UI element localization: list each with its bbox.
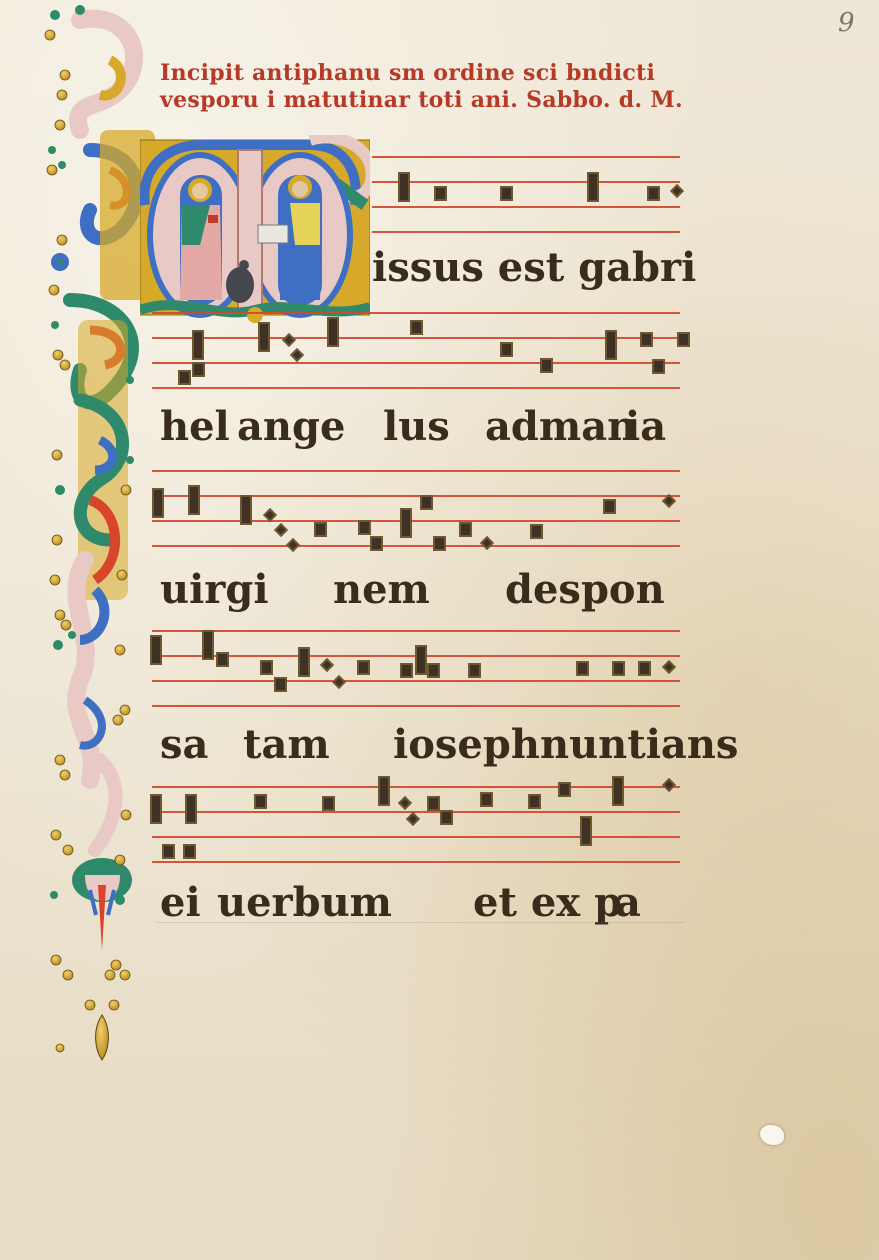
- neume: [558, 782, 571, 797]
- neume: [612, 776, 624, 806]
- neume: [357, 660, 370, 675]
- lyric-syllable: lus: [383, 402, 450, 452]
- neume: [398, 796, 412, 810]
- neume: [647, 186, 660, 201]
- neume: [378, 776, 390, 806]
- neume: [150, 635, 162, 665]
- folio-number: 9: [838, 8, 855, 38]
- neume: [327, 317, 339, 347]
- neume: [662, 660, 676, 674]
- neume: [480, 792, 493, 807]
- music-staff-3: [152, 470, 680, 548]
- music-staff-4: [152, 630, 680, 708]
- neume: [406, 812, 420, 826]
- lyric-syllable: issus est gabri: [372, 243, 696, 293]
- lyric-syllable: sa: [160, 720, 208, 770]
- neume: [400, 663, 413, 678]
- rubric-line-1: Incipit antiphanu sm ordine sci bndicti: [160, 60, 700, 87]
- manuscript-leaf: 9 Incipit antiphanu sm ordine sci bndict…: [0, 0, 879, 1260]
- neume: [420, 495, 433, 510]
- neume: [358, 520, 371, 535]
- neume: [500, 186, 513, 201]
- lyric-line-2: hel ange lus adman ia: [155, 402, 690, 452]
- neume: [192, 330, 204, 360]
- neume: [640, 332, 653, 347]
- neume: [192, 362, 205, 377]
- lyric-syllable: ei: [160, 878, 201, 928]
- neume: [290, 348, 304, 362]
- neume: [662, 778, 676, 792]
- neume: [183, 844, 196, 859]
- lyric-syllable: adman: [485, 402, 636, 452]
- neume: [677, 332, 690, 347]
- lyric-syllable: uirgi: [160, 565, 269, 615]
- neume: [427, 663, 440, 678]
- neume: [612, 661, 625, 676]
- neume: [415, 645, 427, 675]
- neume: [178, 370, 191, 385]
- neume: [216, 652, 229, 667]
- neume: [605, 330, 617, 360]
- neume: [433, 536, 446, 551]
- neume: [398, 172, 410, 202]
- music-staff-1: [372, 156, 680, 234]
- neume: [468, 663, 481, 678]
- lyric-syllable: ange: [237, 402, 345, 452]
- neume: [274, 523, 288, 537]
- lyric-syllable: nem: [333, 565, 430, 615]
- neume: [480, 536, 494, 550]
- parchment-hole: [760, 1125, 784, 1145]
- neume: [434, 186, 447, 201]
- neume: [260, 660, 273, 675]
- rubric-line-2: vesporu i matutinar toti ani. Sabbo. d. …: [160, 87, 700, 114]
- neume: [427, 796, 440, 811]
- neume: [670, 184, 684, 198]
- lyric-line-3: uirgi nem despon: [155, 565, 690, 615]
- neume: [440, 810, 453, 825]
- lyric-syllable: tam: [243, 720, 330, 770]
- neume: [370, 536, 383, 551]
- music-staff-2: [152, 312, 680, 390]
- neume: [580, 816, 592, 846]
- neume: [540, 358, 553, 373]
- neume: [202, 630, 214, 660]
- neume: [603, 499, 616, 514]
- neume: [188, 485, 200, 515]
- neume: [320, 658, 334, 672]
- lyric-syllable: nuntians: [540, 720, 738, 770]
- neume: [332, 675, 346, 689]
- neume: [638, 661, 651, 676]
- music-staff-5: [152, 786, 680, 864]
- neume: [576, 661, 589, 676]
- neume: [314, 522, 327, 537]
- neume: [298, 647, 310, 677]
- neume: [322, 796, 335, 811]
- neume: [652, 359, 665, 374]
- neume: [286, 538, 300, 552]
- neume: [530, 524, 543, 539]
- rubric-heading: Incipit antiphanu sm ordine sci bndicti …: [160, 60, 700, 114]
- neume: [282, 333, 296, 347]
- neume: [240, 495, 252, 525]
- lyric-syllable: despon: [505, 565, 665, 615]
- lyric-syllable: ioseph: [393, 720, 540, 770]
- neume: [150, 794, 162, 824]
- lyric-syllable: ia: [625, 402, 666, 452]
- neume: [162, 844, 175, 859]
- neume: [400, 508, 412, 538]
- ruling-line: [155, 922, 685, 923]
- lyric-line-1: issus est gabri: [360, 243, 879, 293]
- neume: [410, 320, 423, 335]
- historiated-initial-m: [140, 135, 370, 325]
- neume: [587, 172, 599, 202]
- lyric-syllable: a: [615, 878, 641, 928]
- lyric-line-5: ei uerbum et ex p a: [155, 878, 690, 928]
- neume: [185, 794, 197, 824]
- neume: [152, 488, 164, 518]
- neume: [274, 677, 287, 692]
- lyric-syllable: hel: [160, 402, 230, 452]
- neume: [500, 342, 513, 357]
- lyric-line-4: sa tam ioseph nuntians: [155, 720, 690, 770]
- neume: [528, 794, 541, 809]
- neume: [254, 794, 267, 809]
- lyric-syllable: uerbum: [217, 878, 392, 928]
- neume: [459, 522, 472, 537]
- neume: [258, 322, 270, 352]
- lyric-syllable: et ex p: [473, 878, 622, 928]
